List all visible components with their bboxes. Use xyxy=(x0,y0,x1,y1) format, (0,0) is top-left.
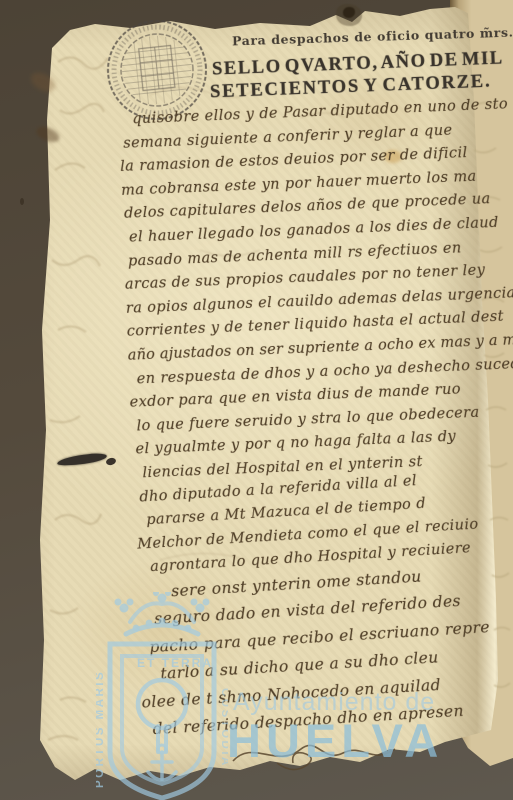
signature-rubric xyxy=(225,733,425,779)
ink-speck xyxy=(20,198,24,205)
manuscript-text: quisobre ellos y de Pasar diputado en un… xyxy=(118,98,499,749)
scanned-manuscript-photo: Para despachos de oficio quatro m̃rs. SE… xyxy=(0,0,513,800)
